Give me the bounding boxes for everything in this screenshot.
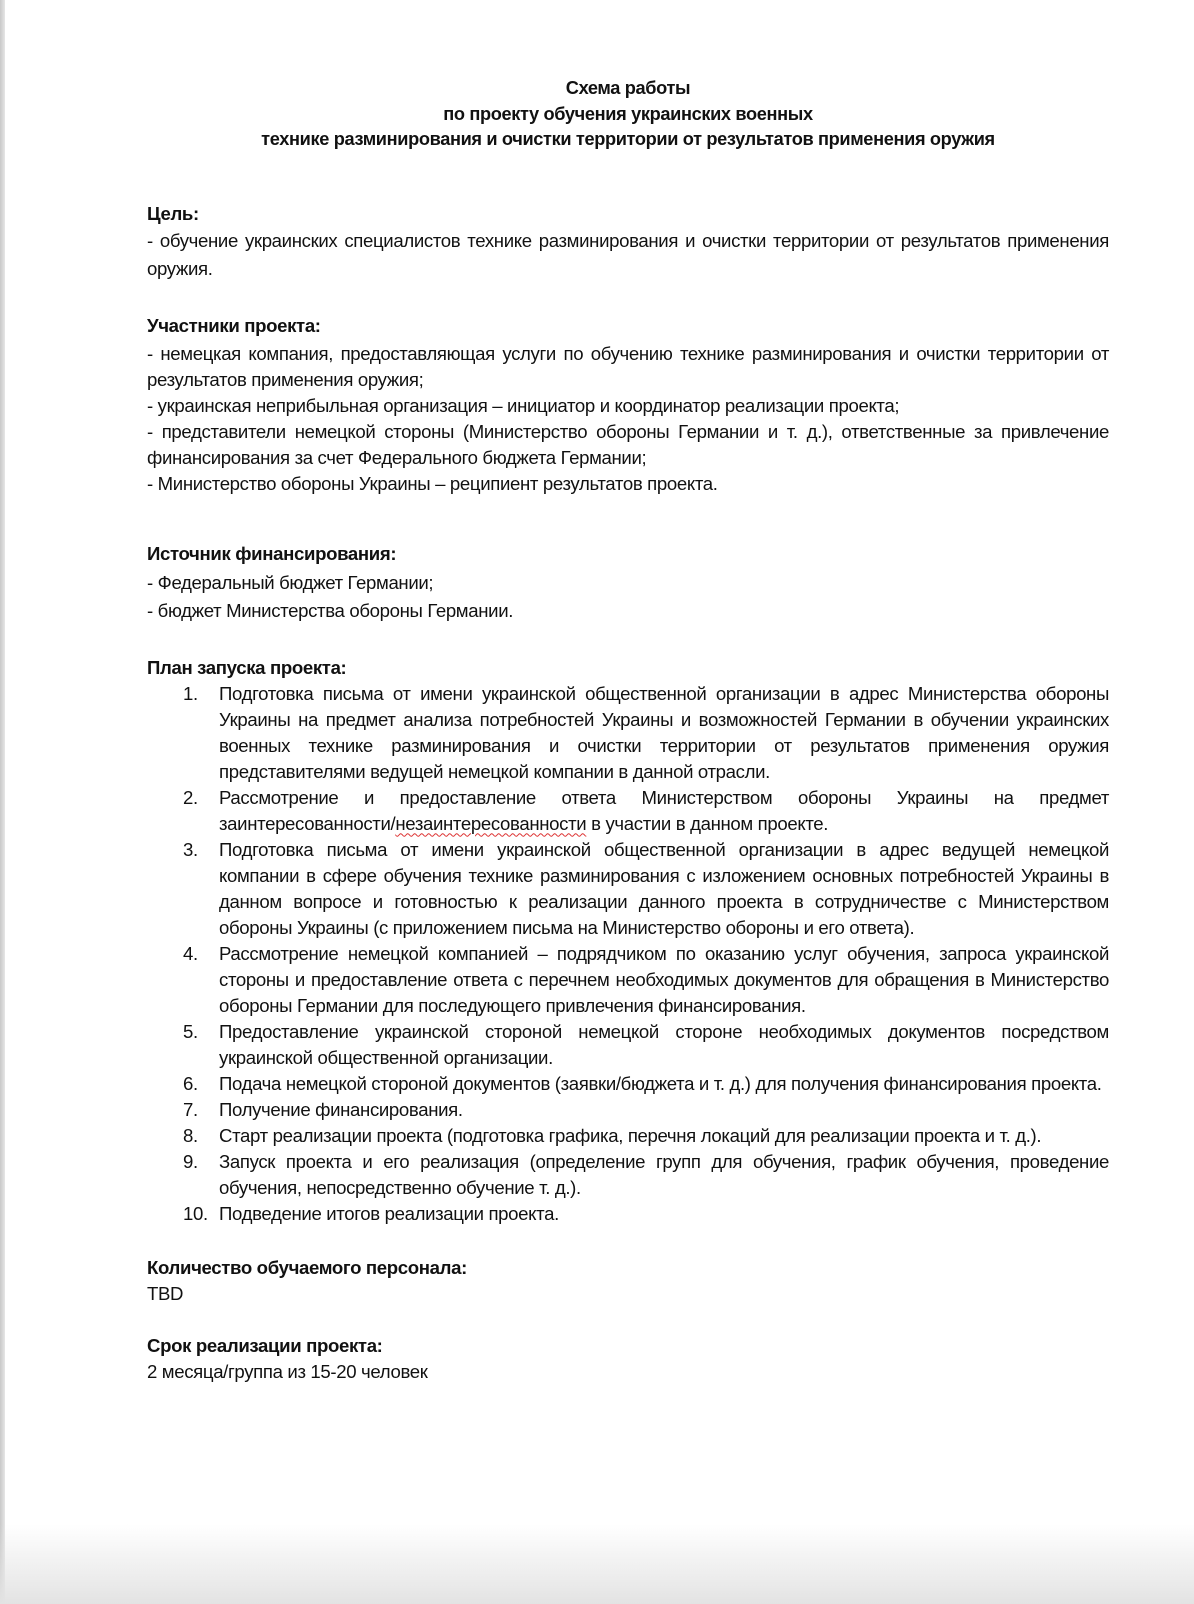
goal-section: Цель: - обучение украинских специалистов… — [147, 201, 1109, 283]
goal-heading: Цель: — [147, 201, 1109, 227]
funding-item: - Федеральный бюджет Германии; — [147, 569, 1109, 597]
duration-heading: Срок реализации проекта: — [147, 1333, 1109, 1359]
title-line-3: технике разминирования и очистки террито… — [147, 127, 1109, 153]
personnel-value: TBD — [147, 1281, 1109, 1307]
goal-text: - обучение украинских специалистов техни… — [147, 227, 1109, 283]
participant-item: - Министерство обороны Украины – реципие… — [147, 471, 1109, 497]
page-bottom-shadow — [0, 1524, 1194, 1604]
plan-item: 7.Получение финансирования. — [147, 1097, 1109, 1123]
duration-section: Срок реализации проекта: 2 месяца/группа… — [147, 1333, 1109, 1385]
funding-item: - бюджет Министерства обороны Германии. — [147, 597, 1109, 625]
funding-heading: Источник финансирования: — [147, 541, 1109, 567]
title-line-1: Схема работы — [147, 76, 1109, 102]
participants-heading: Участники проекта: — [147, 313, 1109, 339]
spellcheck-underlined-word: незаинтересованности — [395, 813, 586, 834]
participants-section: Участники проекта: - немецкая компания, … — [147, 313, 1109, 497]
plan-item: 3.Подготовка письма от имени украинской … — [147, 837, 1109, 941]
title-line-2: по проекту обучения украинских военных — [147, 102, 1109, 128]
document-page: Схема работы по проекту обучения украинс… — [147, 76, 1109, 1385]
plan-heading: План запуска проекта: — [147, 655, 1109, 681]
plan-item: 1.Подготовка письма от имени украинской … — [147, 681, 1109, 785]
plan-item: 2.Рассмотрение и предоставление ответа М… — [147, 785, 1109, 837]
funding-section: Источник финансирования: - Федеральный б… — [147, 541, 1109, 625]
duration-value: 2 месяца/группа из 15-20 человек — [147, 1359, 1109, 1385]
personnel-heading: Количество обучаемого персонала: — [147, 1255, 1109, 1281]
personnel-section: Количество обучаемого персонала: TBD — [147, 1255, 1109, 1307]
participant-item: - немецкая компания, предоставляющая усл… — [147, 341, 1109, 393]
page-edge-shadow — [0, 0, 5, 1604]
participant-item: - украинская неприбыльная организация – … — [147, 393, 1109, 419]
plan-item: 4.Рассмотрение немецкой компанией – подр… — [147, 941, 1109, 1019]
plan-item: 8.Старт реализации проекта (подготовка г… — [147, 1123, 1109, 1149]
plan-section: План запуска проекта: 1.Подготовка письм… — [147, 655, 1109, 1227]
document-title: Схема работы по проекту обучения украинс… — [147, 76, 1109, 153]
plan-item: 10.Подведение итогов реализации проекта. — [147, 1201, 1109, 1227]
participant-item: - представители немецкой стороны (Минист… — [147, 419, 1109, 471]
plan-list: 1.Подготовка письма от имени украинской … — [147, 681, 1109, 1227]
plan-item: 6.Подача немецкой стороной документов (з… — [147, 1071, 1109, 1097]
plan-item: 9.Запуск проекта и его реализация (опред… — [147, 1149, 1109, 1201]
plan-item: 5.Предоставление украинской стороной нем… — [147, 1019, 1109, 1071]
